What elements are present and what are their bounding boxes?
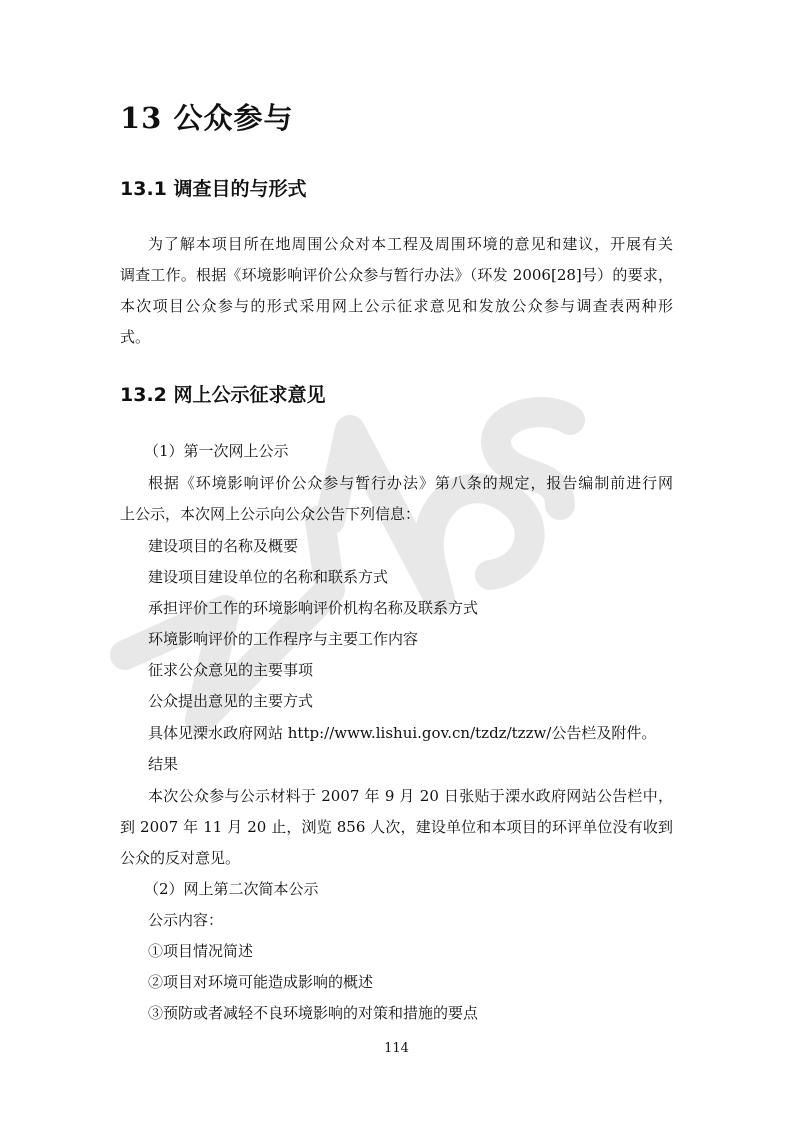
info-item: 建设项目的名称及概要 xyxy=(148,536,298,556)
paragraph-line: 式。 xyxy=(120,327,150,347)
content-item: ①项目情况简述 xyxy=(148,941,253,961)
info-item: 公众提出意见的主要方式 xyxy=(148,691,313,711)
paragraph-line: 上公示，本次网上公示向公众公告下列信息： xyxy=(120,504,420,524)
chapter-title: 13 公众参与 xyxy=(120,96,293,137)
wps-watermark-icon xyxy=(0,0,793,1122)
paragraph-line: 到 2007 年 11 月 20 止，浏览 856 人次，建设单位和本项目的环评… xyxy=(120,817,673,837)
info-item: 环境影响评价的工作程序与主要工作内容 xyxy=(148,629,418,649)
info-item: 承担评价工作的环境影响评价机构名称及联系方式 xyxy=(148,598,478,618)
content-item: ③预防或者减轻不良环境影响的对策和措施的要点 xyxy=(148,1003,478,1023)
content-item: ②项目对环境可能造成影响的概述 xyxy=(148,972,373,992)
section-title-13-1: 13.1 调查目的与形式 xyxy=(120,174,307,201)
info-item: 建设项目建设单位的名称和联系方式 xyxy=(148,567,388,587)
paragraph-line: 本次项目公众参与的形式采用网上公示征求意见和发放公众参与调查表两种形 xyxy=(120,296,673,316)
paragraph-line: 为了解本项目所在地周围公众对本工程及周围环境的意见和建议，开展有关 xyxy=(148,234,673,254)
paragraph-line: 根据《环境影响评价公众参与暂行办法》第八条的规定，报告编制前进行网 xyxy=(148,473,673,493)
content-label: 公示内容： xyxy=(148,910,223,930)
info-item: 征求公众意见的主要事项 xyxy=(148,660,313,680)
subheading-first-publication: （1）第一次网上公示 xyxy=(144,441,289,461)
document-page: 13 公众参与 13.1 调查目的与形式 为了解本项目所在地周围公众对本工程及周… xyxy=(0,0,793,1122)
subheading-second-publication: （2）网上第二次简本公示 xyxy=(144,879,319,899)
result-label: 结果 xyxy=(148,754,178,774)
page-number: 114 xyxy=(0,1041,793,1056)
paragraph-line: 调查工作。根据《环境影响评价公众参与暂行办法》（环发 2006[28]号）的要求… xyxy=(120,265,673,285)
website-reference: 具体见溧水政府网站 http://www.lishui.gov.cn/tzdz/… xyxy=(148,723,656,743)
paragraph-line: 公众的反对意见。 xyxy=(120,848,240,868)
section-title-13-2: 13.2 网上公示征求意见 xyxy=(120,380,326,407)
paragraph-line: 本次公众参与公示材料于 2007 年 9 月 20 日张贴于溧水政府网站公告栏中… xyxy=(148,786,673,806)
